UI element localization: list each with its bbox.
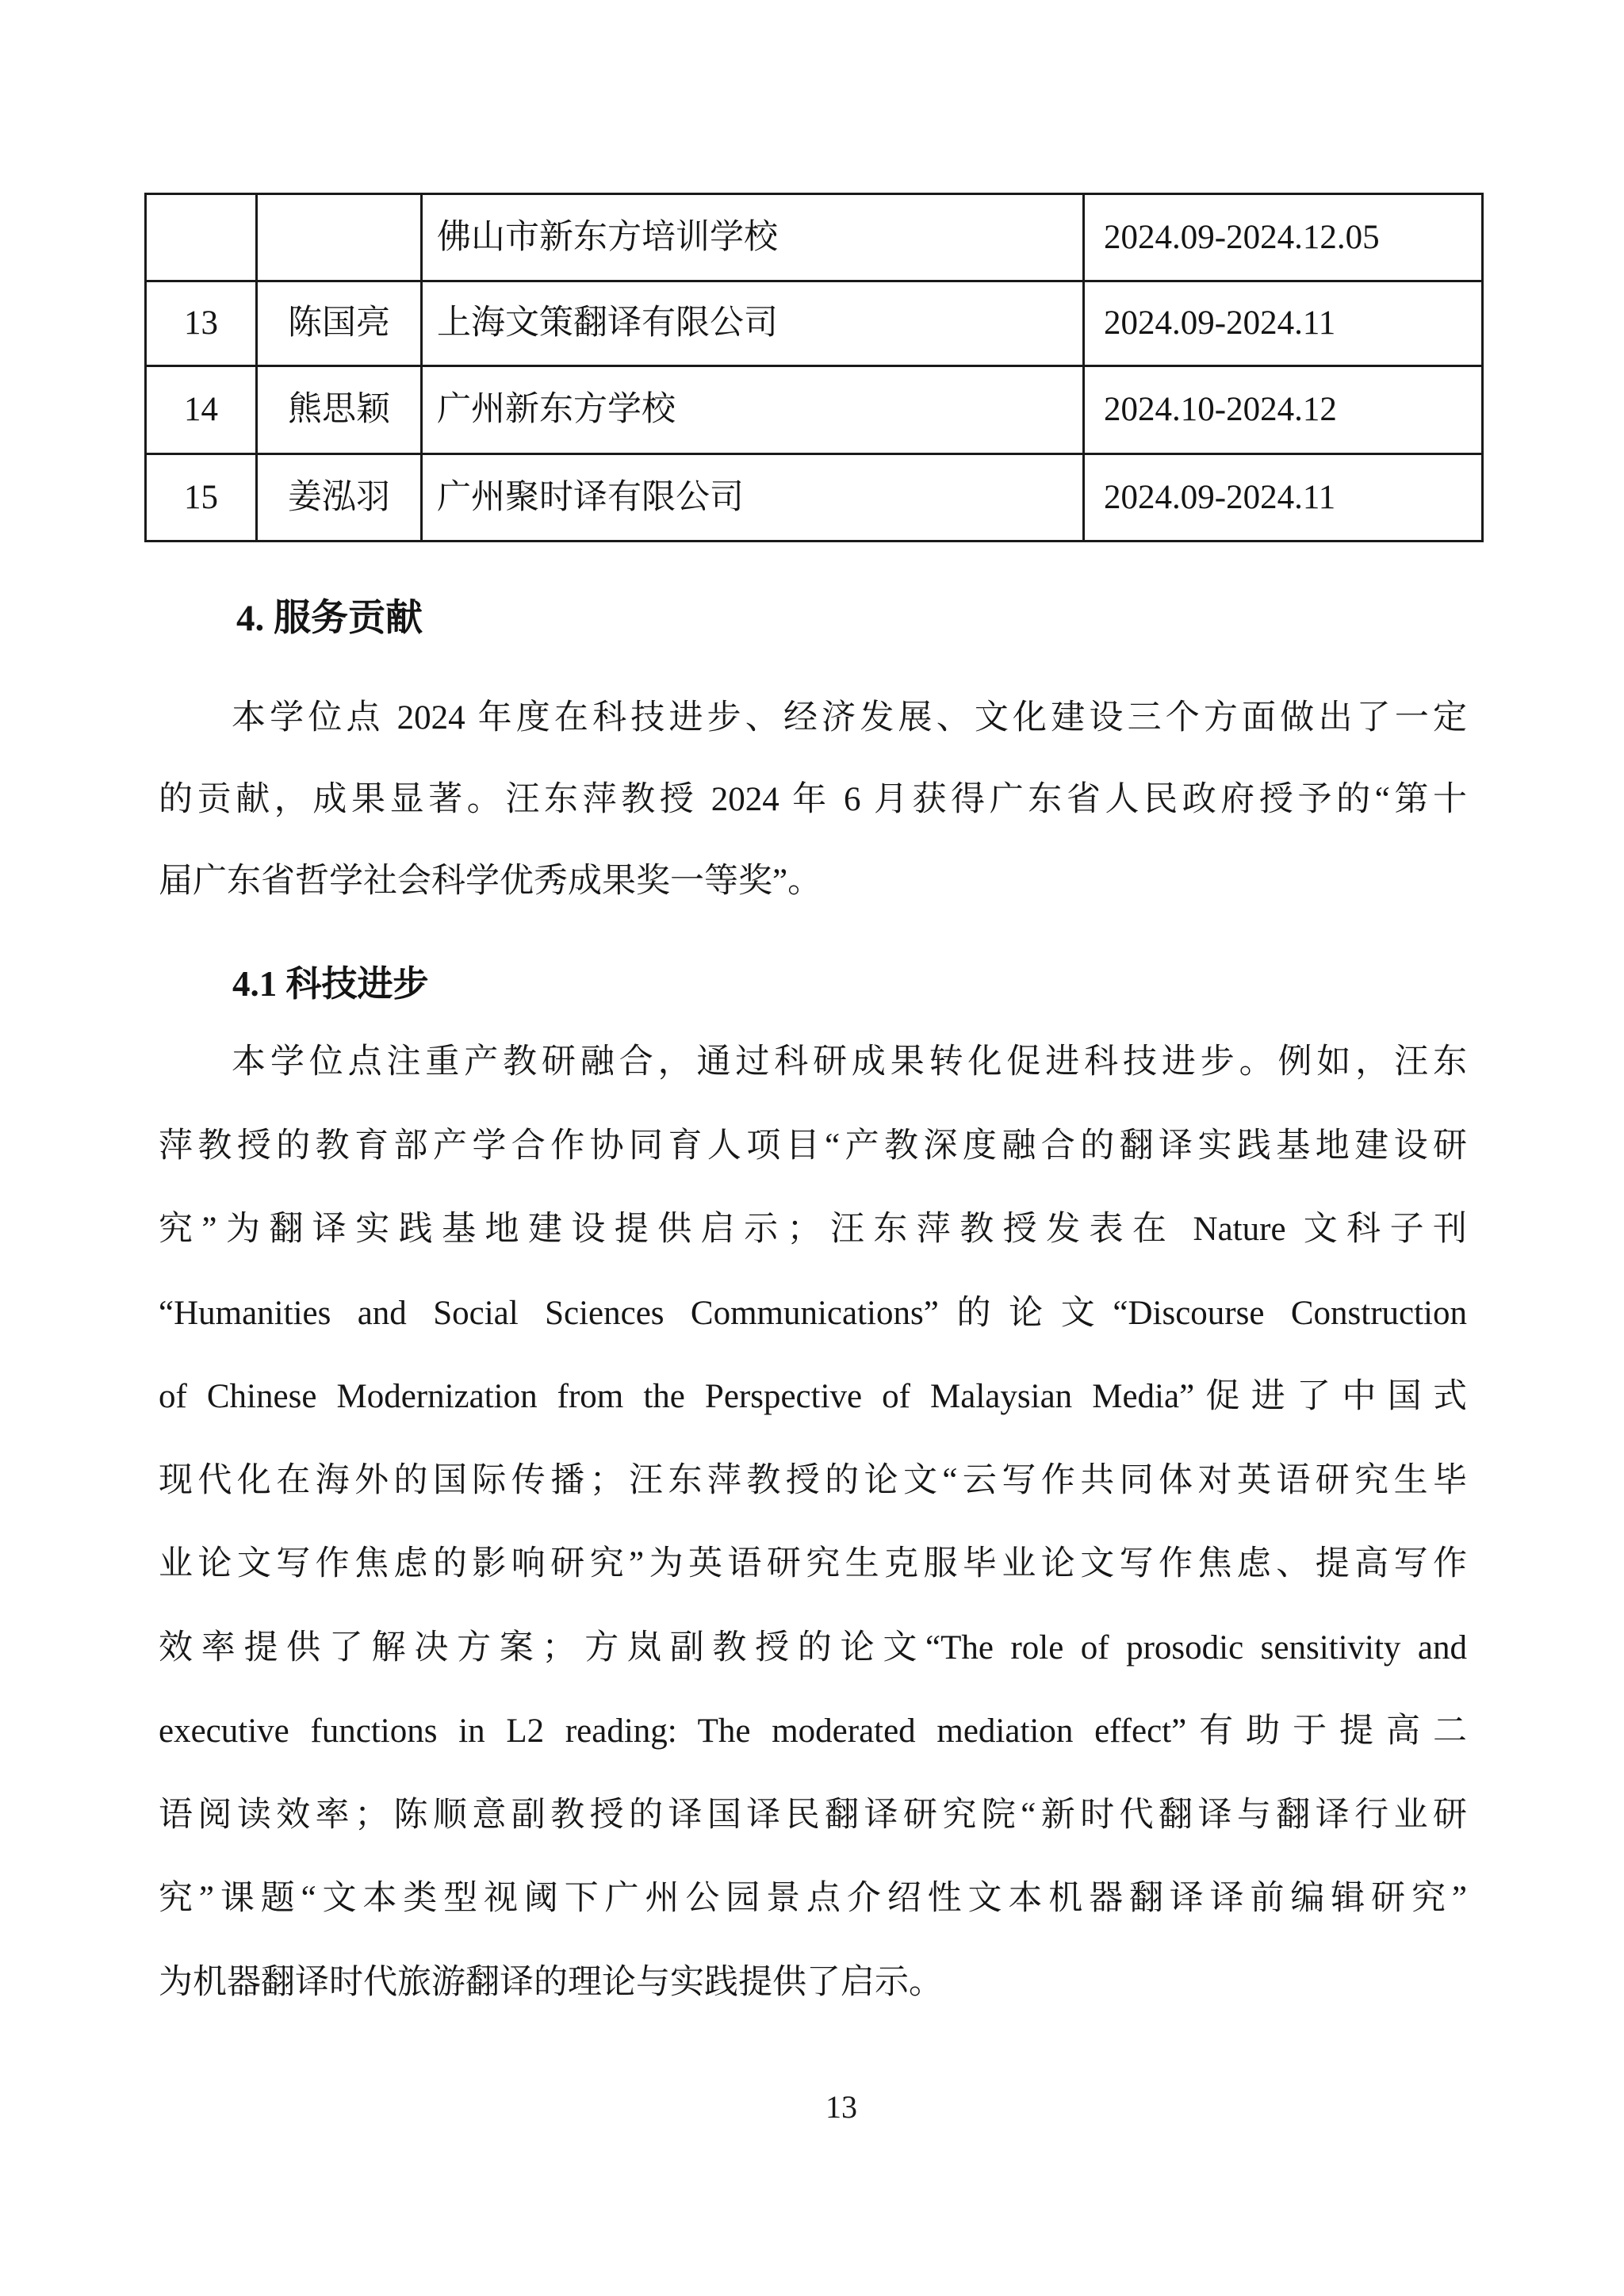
paragraph-line: 的贡献，成果显著。汪东萍教授 2024 年 6 月获得广东省人民政府授予的“第十 xyxy=(159,759,1467,840)
section-heading: 4. 服务贡献 xyxy=(236,588,423,641)
paragraph-line: 萍教授的教育部产学合作协同育人项目“产教深度融合的翻译实践基地建设研 xyxy=(159,1104,1467,1188)
paragraph-line: 业论文写作焦虑的影响研究”为英语研究生克服毕业论文写作焦虑、提高写作 xyxy=(159,1522,1467,1606)
internship-table: 佛山市新东方培训学校 2024.09-2024.12.05 13 陈国亮 上海文… xyxy=(144,193,1484,542)
paragraph-line: 语阅读效率；陈顺意副教授的译国译民翻译研究院“新时代翻译与翻译行业研 xyxy=(159,1774,1467,1858)
paragraph-line: 本学位点注重产教研融合，通过科研成果转化促进科技进步。例如，汪东 xyxy=(159,1020,1467,1104)
table-cell-name: 姜泓羽 xyxy=(258,455,423,542)
table-cell-period: 2024.09-2024.11 xyxy=(1085,282,1484,367)
subsection-heading: 4.1 科技进步 xyxy=(232,955,429,1006)
paragraph-service-contribution: 本学位点 2024 年度在科技进步、经济发展、文化建设三个方面做出了一定 的贡献… xyxy=(159,677,1467,922)
document-page: 佛山市新东方培训学校 2024.09-2024.12.05 13 陈国亮 上海文… xyxy=(0,0,1624,2296)
paragraph-line: 届广东省哲学社会科学优秀成果奖一等奖”。 xyxy=(159,840,1467,922)
table-cell-period: 2024.09-2024.12.05 xyxy=(1085,195,1484,282)
table-cell-num: 13 xyxy=(147,282,258,367)
table-cell-org: 佛山市新东方培训学校 xyxy=(423,195,1085,282)
paragraph-line: executive functions in L2 reading: The m… xyxy=(159,1689,1467,1774)
table-cell-name: 熊思颖 xyxy=(258,367,423,455)
table-cell-org: 广州聚时译有限公司 xyxy=(423,455,1085,542)
table-cell-name xyxy=(258,195,423,282)
table-cell-period: 2024.09-2024.11 xyxy=(1085,455,1484,542)
paragraph-line: 为机器翻译时代旅游翻译的理论与实践提供了启示。 xyxy=(159,1941,1467,2025)
paragraph-line: 究”课题“文本类型视阈下广州公园景点介绍性文本机器翻译译前编辑研究” xyxy=(159,1857,1467,1941)
table-cell-org: 广州新东方学校 xyxy=(423,367,1085,455)
table-cell-period: 2024.10-2024.12 xyxy=(1085,367,1484,455)
page-number: 13 xyxy=(809,2088,874,2126)
table-cell-num: 14 xyxy=(147,367,258,455)
paragraph-line: 究”为翻译实践基地建设提供启示；汪东萍教授发表在 Nature 文科子刊 xyxy=(159,1188,1467,1272)
paragraph-line: “Humanities and Social Sciences Communic… xyxy=(159,1272,1467,1356)
table-cell-name: 陈国亮 xyxy=(258,282,423,367)
table-cell-org: 上海文策翻译有限公司 xyxy=(423,282,1085,367)
table-cell-num: 15 xyxy=(147,455,258,542)
paragraph-line: 效率提供了解决方案；方岚副教授的论文“The role of prosodic … xyxy=(159,1606,1467,1690)
table-cell-num xyxy=(147,195,258,282)
paragraph-science-progress: 本学位点注重产教研融合，通过科研成果转化促进科技进步。例如，汪东 萍教授的教育部… xyxy=(159,1020,1467,2024)
paragraph-line: 本学位点 2024 年度在科技进步、经济发展、文化建设三个方面做出了一定 xyxy=(159,677,1467,759)
paragraph-line: of Chinese Modernization from the Perspe… xyxy=(159,1355,1467,1439)
paragraph-line: 现代化在海外的国际传播；汪东萍教授的论文“云写作共同体对英语研究生毕 xyxy=(159,1439,1467,1523)
